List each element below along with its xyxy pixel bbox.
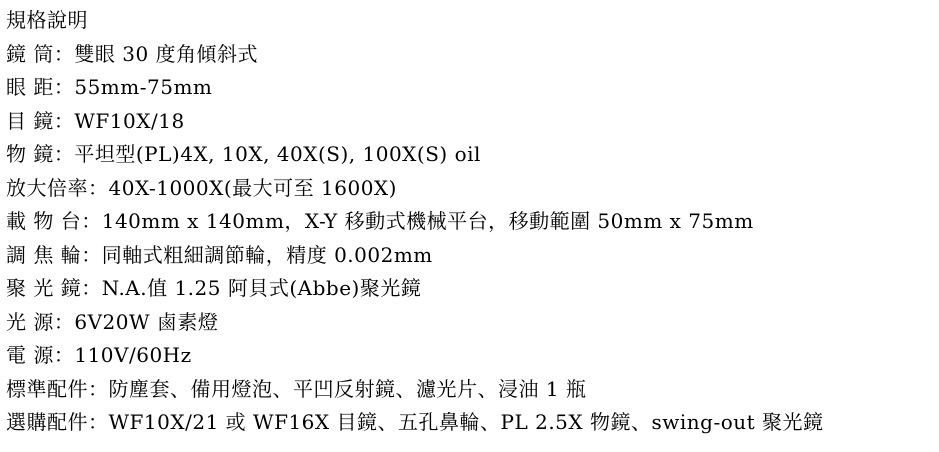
spec-colon: ： (88, 176, 109, 200)
spec-value: WF10X/21 或 WF16X 目鏡、五孔鼻輪、PL 2.5X 物鏡、swin… (109, 410, 824, 434)
spec-row-standard-accessories: 標準配件：防塵套、備用燈泡、平凹反射鏡、濾光片、浸油 1 瓶 (6, 373, 939, 407)
spec-value: 平坦型(PL)4X, 10X, 40X(S), 100X(S) oil (74, 142, 481, 166)
spec-row-tube: 鏡 筒：雙眼 30 度角傾斜式 (6, 38, 939, 72)
spec-value: 140mm x 140mm，X-Y 移動式機械平台，移動範圍 50mm x 75… (102, 209, 754, 233)
spec-colon: ： (81, 276, 102, 300)
spec-row-condenser: 聚 光 鏡：N.A.值 1.25 阿貝式(Abbe)聚光鏡 (6, 272, 939, 306)
spec-colon: ： (81, 243, 102, 267)
spec-label: 鏡 筒 (6, 42, 54, 66)
spec-value: 6V20W 鹵素燈 (74, 310, 218, 334)
spec-colon: ： (54, 310, 75, 334)
spec-row-light-source: 光 源：6V20W 鹵素燈 (6, 306, 939, 340)
spec-row-eyepiece: 目 鏡：WF10X/18 (6, 105, 939, 139)
spec-row-magnification: 放大倍率：40X-1000X(最大可至 1600X) (6, 172, 939, 206)
spec-row-stage: 載 物 台：140mm x 140mm，X-Y 移動式機械平台，移動範圍 50m… (6, 205, 939, 239)
spec-colon: ： (54, 75, 75, 99)
spec-label: 調 焦 輪 (6, 243, 81, 267)
spec-colon: ： (54, 343, 75, 367)
spec-row-objective: 物 鏡：平坦型(PL)4X, 10X, 40X(S), 100X(S) oil (6, 138, 939, 172)
spec-label: 光 源 (6, 310, 54, 334)
spec-label: 載 物 台 (6, 209, 81, 233)
spec-label: 電 源 (6, 343, 54, 367)
spec-value: 防塵套、備用燈泡、平凹反射鏡、濾光片、浸油 1 瓶 (109, 377, 587, 401)
page-title: 規格說明 (6, 4, 939, 38)
spec-value: 110V/60Hz (74, 343, 191, 367)
spec-label: 目 鏡 (6, 109, 54, 133)
spec-value: N.A.值 1.25 阿貝式(Abbe)聚光鏡 (102, 276, 422, 300)
spec-label: 聚 光 鏡 (6, 276, 81, 300)
spec-value: 同軸式粗細調節輪，精度 0.002mm (102, 243, 433, 267)
spec-value: 雙眼 30 度角傾斜式 (74, 42, 258, 66)
spec-colon: ： (54, 42, 75, 66)
spec-document: 規格說明 鏡 筒：雙眼 30 度角傾斜式 眼 距：55mm-75mm 目 鏡：W… (0, 0, 939, 440)
spec-label: 眼 距 (6, 75, 54, 99)
spec-row-eye-distance: 眼 距：55mm-75mm (6, 71, 939, 105)
spec-row-power: 電 源：110V/60Hz (6, 339, 939, 373)
spec-row-focus-wheel: 調 焦 輪：同軸式粗細調節輪，精度 0.002mm (6, 239, 939, 273)
spec-label: 放大倍率 (6, 176, 88, 200)
spec-value: 40X-1000X(最大可至 1600X) (109, 176, 397, 200)
spec-label: 標準配件 (6, 377, 88, 401)
spec-colon: ： (54, 142, 75, 166)
spec-row-optional-accessories: 選購配件：WF10X/21 或 WF16X 目鏡、五孔鼻輪、PL 2.5X 物鏡… (6, 406, 939, 440)
spec-colon: ： (88, 377, 109, 401)
spec-label: 物 鏡 (6, 142, 54, 166)
spec-value: 55mm-75mm (74, 75, 212, 99)
spec-colon: ： (88, 410, 109, 434)
spec-value: WF10X/18 (74, 109, 184, 133)
spec-label: 選購配件 (6, 410, 88, 434)
spec-colon: ： (81, 209, 102, 233)
spec-colon: ： (54, 109, 75, 133)
